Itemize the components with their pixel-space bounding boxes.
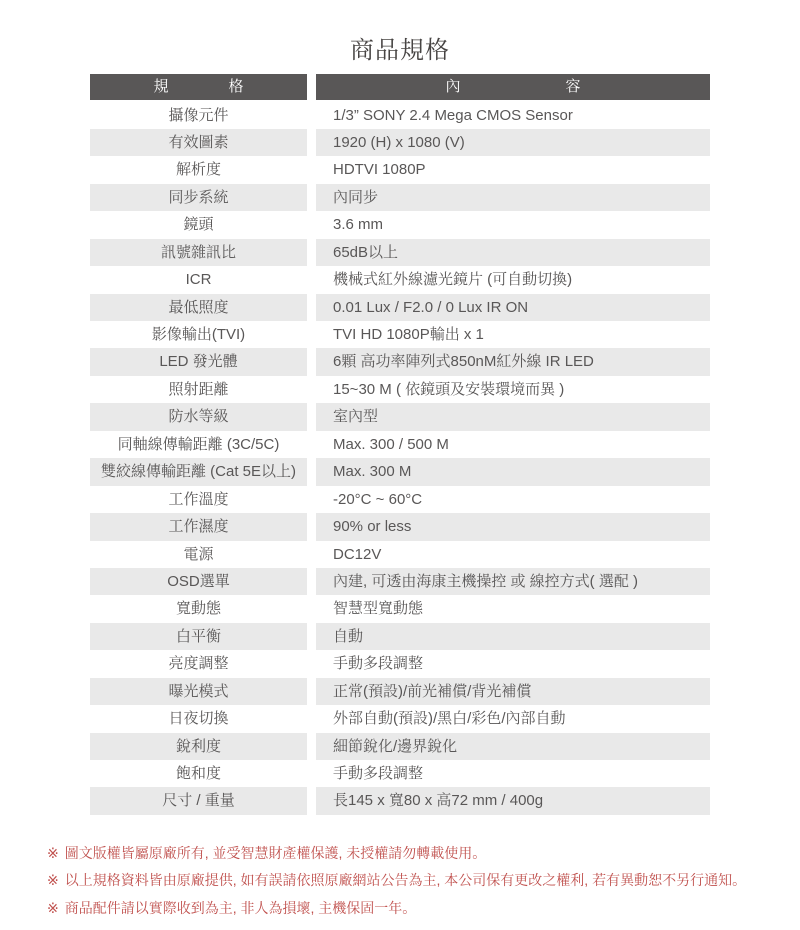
spec-row: 防水等級室內型 xyxy=(90,403,710,430)
spec-row: 雙絞線傳輸距離 (Cat 5E以上)Max. 300 M xyxy=(90,458,710,485)
spec-value-cell: 室內型 xyxy=(316,403,710,430)
spec-row: 有效圖素1920 (H) x 1080 (V) xyxy=(90,129,710,156)
column-gap xyxy=(307,650,316,677)
column-gap xyxy=(307,760,316,787)
spec-value-cell: 90% or less xyxy=(316,513,710,540)
spec-row: 最低照度0.01 Lux / F2.0 / 0 Lux IR ON xyxy=(90,294,710,321)
spec-value-cell: 細節銳化/邊界銳化 xyxy=(316,733,710,760)
note-line: ※ 以上規格資料皆由原廠提供, 如有誤請依照原廠網站公告為主, 本公司保有更改之… xyxy=(47,867,777,894)
spec-row: 鏡頭3.6 mm xyxy=(90,211,710,238)
spec-label-cell: 解析度 xyxy=(90,156,307,183)
spec-row: 寬動態智慧型寬動態 xyxy=(90,595,710,622)
column-gap xyxy=(307,541,316,568)
spec-label-cell: 工作溫度 xyxy=(90,486,307,513)
spec-label-cell: 電源 xyxy=(90,541,307,568)
column-gap xyxy=(307,568,316,595)
column-gap xyxy=(307,294,316,321)
column-gap xyxy=(307,129,316,156)
spec-row: 工作濕度90% or less xyxy=(90,513,710,540)
spec-label-cell: ICR xyxy=(90,266,307,293)
note-text: 圖文版權皆屬原廠所有, 並受智慧財產權保護, 未授權請勿轉載使用。 xyxy=(65,840,487,867)
column-gap xyxy=(307,623,316,650)
spec-value-cell: 內同步 xyxy=(316,184,710,211)
note-text: 商品配件請以實際收到為主, 非人為損壞, 主機保固一年。 xyxy=(65,895,417,922)
column-gap xyxy=(307,74,316,100)
spec-value-cell: 65dB以上 xyxy=(316,239,710,266)
spec-value-cell: -20°C ~ 60°C xyxy=(316,486,710,513)
spec-value-cell: 3.6 mm xyxy=(316,211,710,238)
column-gap xyxy=(307,705,316,732)
column-gap xyxy=(307,321,316,348)
spec-row: 日夜切換外部自動(預設)/黑白/彩色/內部自動 xyxy=(90,705,710,732)
spec-label-cell: 寬動態 xyxy=(90,595,307,622)
spec-value-cell: Max. 300 M xyxy=(316,458,710,485)
column-gap xyxy=(307,348,316,375)
spec-label-cell: 亮度調整 xyxy=(90,650,307,677)
spec-row: 銳利度細節銳化/邊界銳化 xyxy=(90,733,710,760)
column-gap xyxy=(307,787,316,814)
spec-value-cell: 機械式紅外線濾光鏡片 (可自動切換) xyxy=(316,266,710,293)
spec-row: 尺寸 / 重量長145 x 寬80 x 高72 mm / 400g xyxy=(90,787,710,814)
column-gap xyxy=(307,102,316,129)
spec-value-cell: 正常(預設)/前光補償/背光補償 xyxy=(316,678,710,705)
column-gap xyxy=(307,239,316,266)
spec-label-cell: 白平衡 xyxy=(90,623,307,650)
column-gap xyxy=(307,403,316,430)
column-gap xyxy=(307,595,316,622)
spec-value-cell: 0.01 Lux / F2.0 / 0 Lux IR ON xyxy=(316,294,710,321)
spec-value-cell: 自動 xyxy=(316,623,710,650)
spec-value-cell: 1/3” SONY 2.4 Mega CMOS Sensor xyxy=(316,102,710,129)
spec-value-cell: 外部自動(預設)/黑白/彩色/內部自動 xyxy=(316,705,710,732)
spec-label-cell: 工作濕度 xyxy=(90,513,307,540)
column-gap xyxy=(307,431,316,458)
spec-row: 白平衡自動 xyxy=(90,623,710,650)
spec-row: 影像輸出(TVI)TVI HD 1080P輸出 x 1 xyxy=(90,321,710,348)
spec-row: 工作溫度-20°C ~ 60°C xyxy=(90,486,710,513)
spec-value-cell: TVI HD 1080P輸出 x 1 xyxy=(316,321,710,348)
spec-label-cell: LED 發光體 xyxy=(90,348,307,375)
column-gap xyxy=(307,376,316,403)
product-spec-page: 商品規格 規 格 內 容 攝像元件1/3” SONY 2.4 Mega CMOS… xyxy=(0,0,800,930)
spec-label-cell: 影像輸出(TVI) xyxy=(90,321,307,348)
column-gap xyxy=(307,156,316,183)
spec-header-cell: 規 格 xyxy=(90,74,307,100)
spec-value-cell: 智慧型寬動態 xyxy=(316,595,710,622)
note-text: 以上規格資料皆由原廠提供, 如有誤請依照原廠網站公告為主, 本公司保有更改之權利… xyxy=(65,867,746,894)
page-title: 商品規格 xyxy=(0,30,800,65)
content-header-cell: 內 容 xyxy=(316,74,710,100)
spec-value-cell: 手動多段調整 xyxy=(316,760,710,787)
spec-label-cell: 鏡頭 xyxy=(90,211,307,238)
note-line: ※ 商品配件請以實際收到為主, 非人為損壞, 主機保固一年。 xyxy=(47,895,777,922)
spec-label-cell: 銳利度 xyxy=(90,733,307,760)
spec-value-cell: 15~30 M ( 依鏡頭及安裝環境而異 ) xyxy=(316,376,710,403)
spec-label-cell: 防水等級 xyxy=(90,403,307,430)
spec-row: 同軸線傳輸距離 (3C/5C)Max. 300 / 500 M xyxy=(90,431,710,458)
spec-value-cell: HDTVI 1080P xyxy=(316,156,710,183)
spec-table-body: 攝像元件1/3” SONY 2.4 Mega CMOS Sensor有效圖素19… xyxy=(90,102,710,815)
spec-row: 同步系統內同步 xyxy=(90,184,710,211)
spec-row: 曝光模式正常(預設)/前光補償/背光補償 xyxy=(90,678,710,705)
spec-row: 解析度HDTVI 1080P xyxy=(90,156,710,183)
spec-table-header: 規 格 內 容 xyxy=(90,74,710,100)
spec-row: OSD選單內建, 可透由海康主機操控 或 線控方式( 選配 ) xyxy=(90,568,710,595)
spec-value-cell: 手動多段調整 xyxy=(316,650,710,677)
notes: ※ 圖文版權皆屬原廠所有, 並受智慧財產權保護, 未授權請勿轉載使用。 ※ 以上… xyxy=(47,840,777,922)
spec-value-cell: DC12V xyxy=(316,541,710,568)
spec-value-cell: 內建, 可透由海康主機操控 或 線控方式( 選配 ) xyxy=(316,568,710,595)
reference-mark: ※ xyxy=(47,840,59,867)
column-gap xyxy=(307,486,316,513)
spec-label-cell: 雙絞線傳輸距離 (Cat 5E以上) xyxy=(90,458,307,485)
spec-row: LED 發光體6顆 高功率陣列式850nM紅外線 IR LED xyxy=(90,348,710,375)
spec-label-cell: 攝像元件 xyxy=(90,102,307,129)
spec-label-cell: 日夜切換 xyxy=(90,705,307,732)
column-gap xyxy=(307,513,316,540)
spec-label-cell: OSD選單 xyxy=(90,568,307,595)
spec-row: 照射距離15~30 M ( 依鏡頭及安裝環境而異 ) xyxy=(90,376,710,403)
spec-row: ICR機械式紅外線濾光鏡片 (可自動切換) xyxy=(90,266,710,293)
spec-label-cell: 同步系統 xyxy=(90,184,307,211)
spec-label-cell: 有效圖素 xyxy=(90,129,307,156)
column-gap xyxy=(307,458,316,485)
reference-mark: ※ xyxy=(47,895,59,922)
column-gap xyxy=(307,678,316,705)
spec-row: 亮度調整手動多段調整 xyxy=(90,650,710,677)
column-gap xyxy=(307,211,316,238)
spec-value-cell: 6顆 高功率陣列式850nM紅外線 IR LED xyxy=(316,348,710,375)
spec-row: 攝像元件1/3” SONY 2.4 Mega CMOS Sensor xyxy=(90,102,710,129)
spec-row: 電源DC12V xyxy=(90,541,710,568)
spec-label-cell: 照射距離 xyxy=(90,376,307,403)
spec-value-cell: 1920 (H) x 1080 (V) xyxy=(316,129,710,156)
spec-label-cell: 曝光模式 xyxy=(90,678,307,705)
spec-value-cell: 長145 x 寬80 x 高72 mm / 400g xyxy=(316,787,710,814)
column-gap xyxy=(307,184,316,211)
spec-table: 規 格 內 容 攝像元件1/3” SONY 2.4 Mega CMOS Sens… xyxy=(90,74,710,815)
spec-label-cell: 最低照度 xyxy=(90,294,307,321)
column-gap xyxy=(307,733,316,760)
spec-label-cell: 尺寸 / 重量 xyxy=(90,787,307,814)
note-line: ※ 圖文版權皆屬原廠所有, 並受智慧財產權保護, 未授權請勿轉載使用。 xyxy=(47,840,777,867)
spec-value-cell: Max. 300 / 500 M xyxy=(316,431,710,458)
reference-mark: ※ xyxy=(47,867,59,894)
spec-label-cell: 同軸線傳輸距離 (3C/5C) xyxy=(90,431,307,458)
spec-row: 訊號雜訊比65dB以上 xyxy=(90,239,710,266)
column-gap xyxy=(307,266,316,293)
spec-label-cell: 訊號雜訊比 xyxy=(90,239,307,266)
spec-row: 飽和度手動多段調整 xyxy=(90,760,710,787)
spec-label-cell: 飽和度 xyxy=(90,760,307,787)
